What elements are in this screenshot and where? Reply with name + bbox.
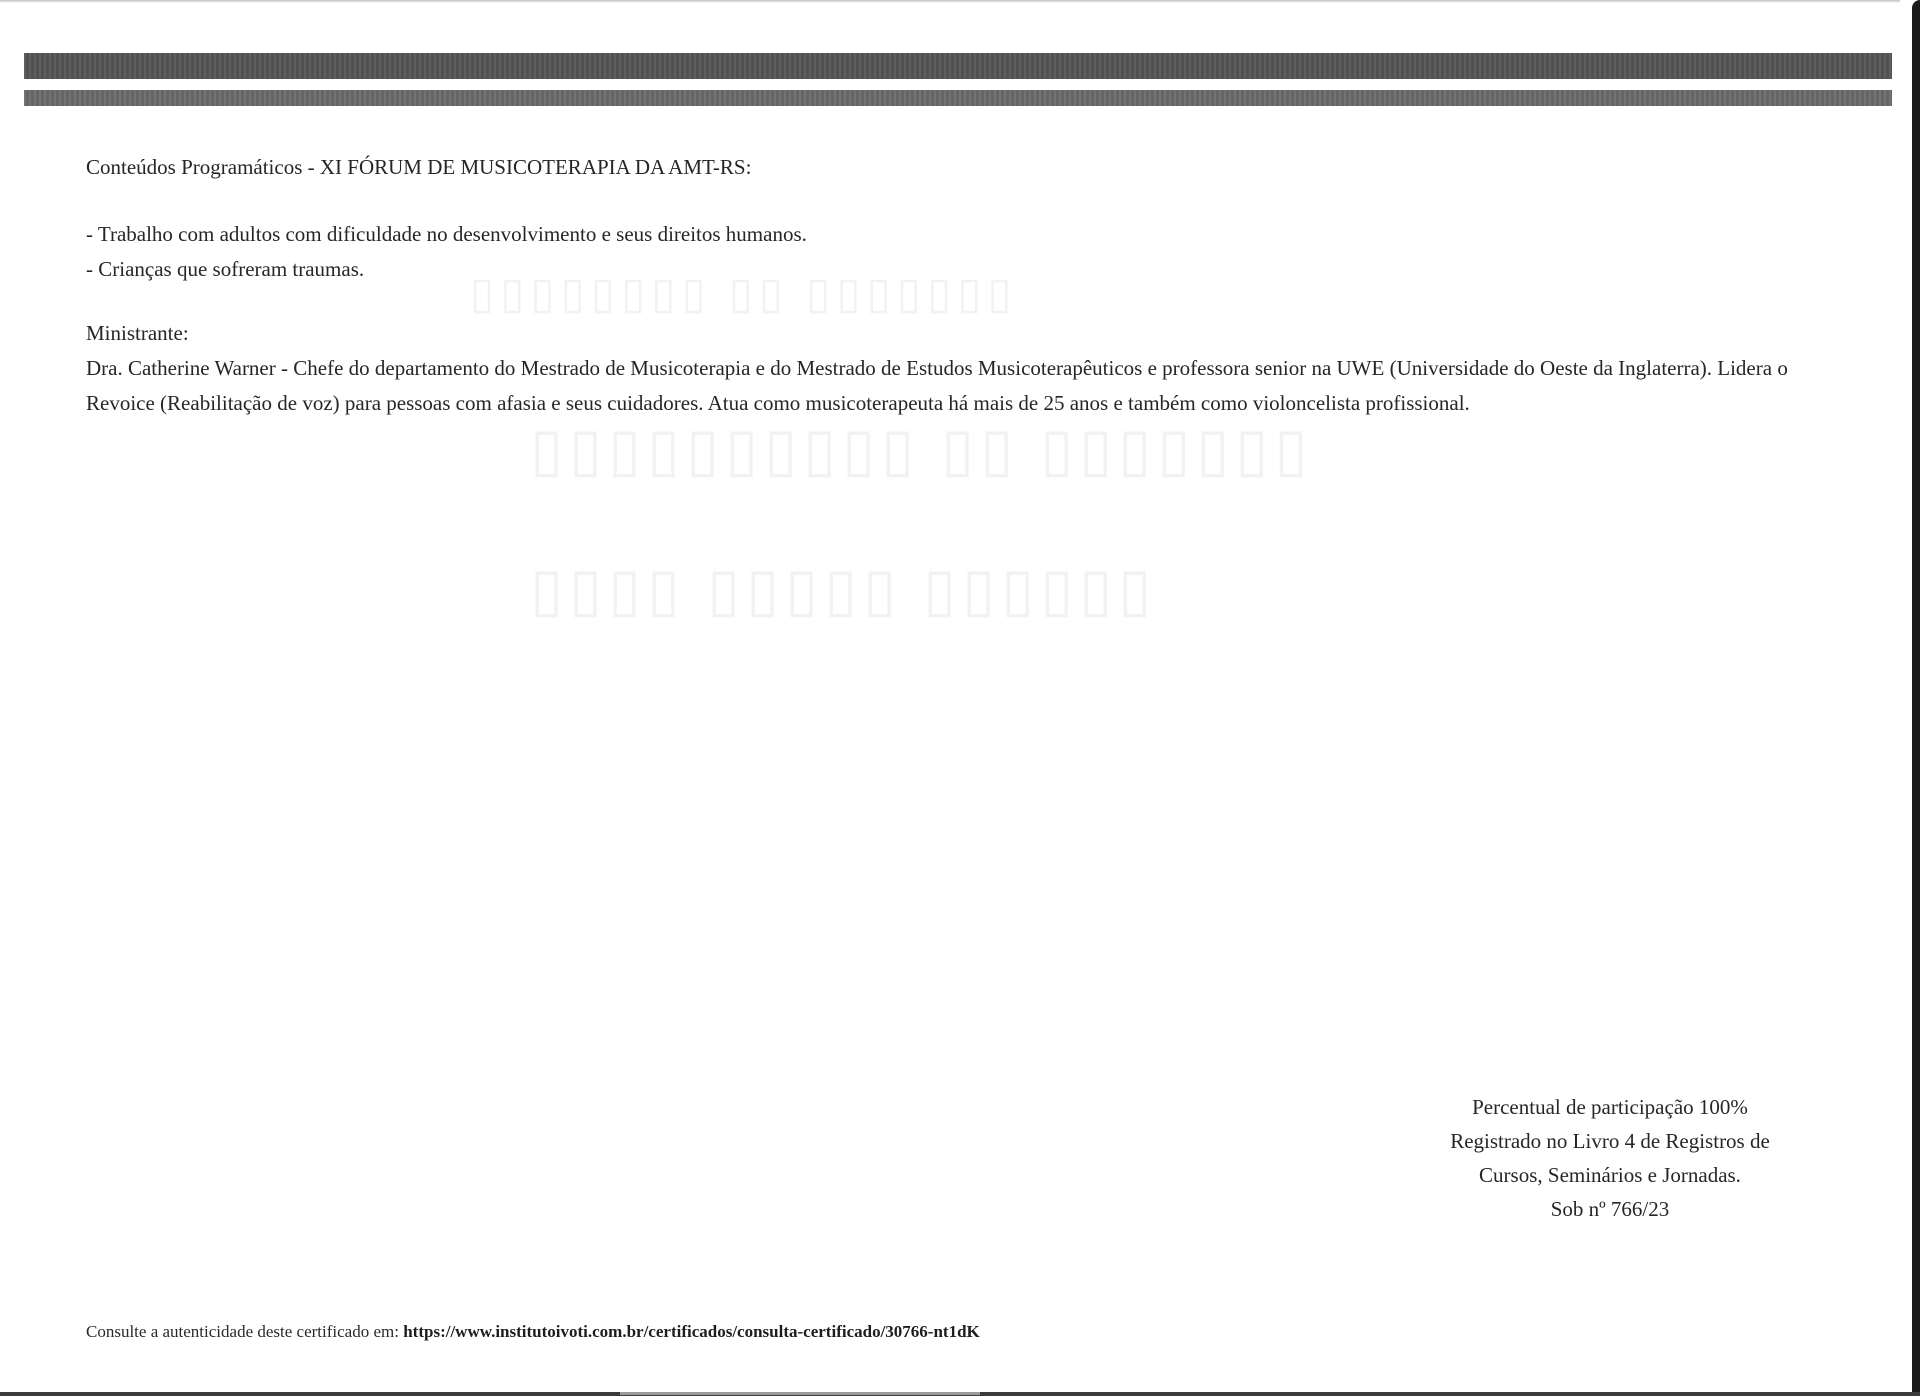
topic-item: - Trabalho com adultos com dificuldade n… <box>86 217 807 252</box>
verification-url[interactable]: https://www.institutoivoti.com.br/certif… <box>403 1322 980 1341</box>
registry-category: Cursos, Seminários e Jornadas. <box>1390 1158 1830 1192</box>
participation-percentage: Percentual de participação 100% <box>1390 1090 1830 1124</box>
registry-number: Sob nº 766/23 <box>1390 1192 1830 1226</box>
scan-edge-top <box>0 0 1900 3</box>
scan-edge-right <box>1912 0 1920 1396</box>
bleed-through-text: ▯▯▯▯ ▯▯▯▯▯ ▯▯▯▯▯▯ <box>530 555 1157 625</box>
header-bar-thick <box>24 53 1892 79</box>
header-bar-thin <box>24 90 1892 106</box>
registry-book: Registrado no Livro 4 de Registros de <box>1390 1124 1830 1158</box>
topics-list: - Trabalho com adultos com dificuldade n… <box>86 217 807 287</box>
scan-edge-highlight <box>620 1392 980 1395</box>
certificate-back-page: ▯▯▯▯▯▯▯▯ ▯▯ ▯▯▯▯▯▯▯ ▯▯▯▯▯▯▯▯▯▯ ▯▯ ▯▯▯▯▯▯… <box>0 0 1920 1396</box>
program-contents-heading: Conteúdos Programáticos - XI FÓRUM DE MU… <box>86 150 751 185</box>
instructor-bio: Dra. Catherine Warner - Chefe do departa… <box>86 351 1826 421</box>
verification-line: Consulte a autenticidade deste certifica… <box>86 1322 980 1342</box>
registry-block: Percentual de participação 100% Registra… <box>1390 1090 1830 1226</box>
verification-prefix: Consulte a autenticidade deste certifica… <box>86 1322 403 1341</box>
instructor-label: Ministrante: <box>86 316 189 351</box>
bleed-through-text: ▯▯▯▯▯▯▯▯▯▯ ▯▯ ▯▯▯▯▯▯▯ <box>530 415 1313 485</box>
topic-item: - Crianças que sofreram traumas. <box>86 252 807 287</box>
